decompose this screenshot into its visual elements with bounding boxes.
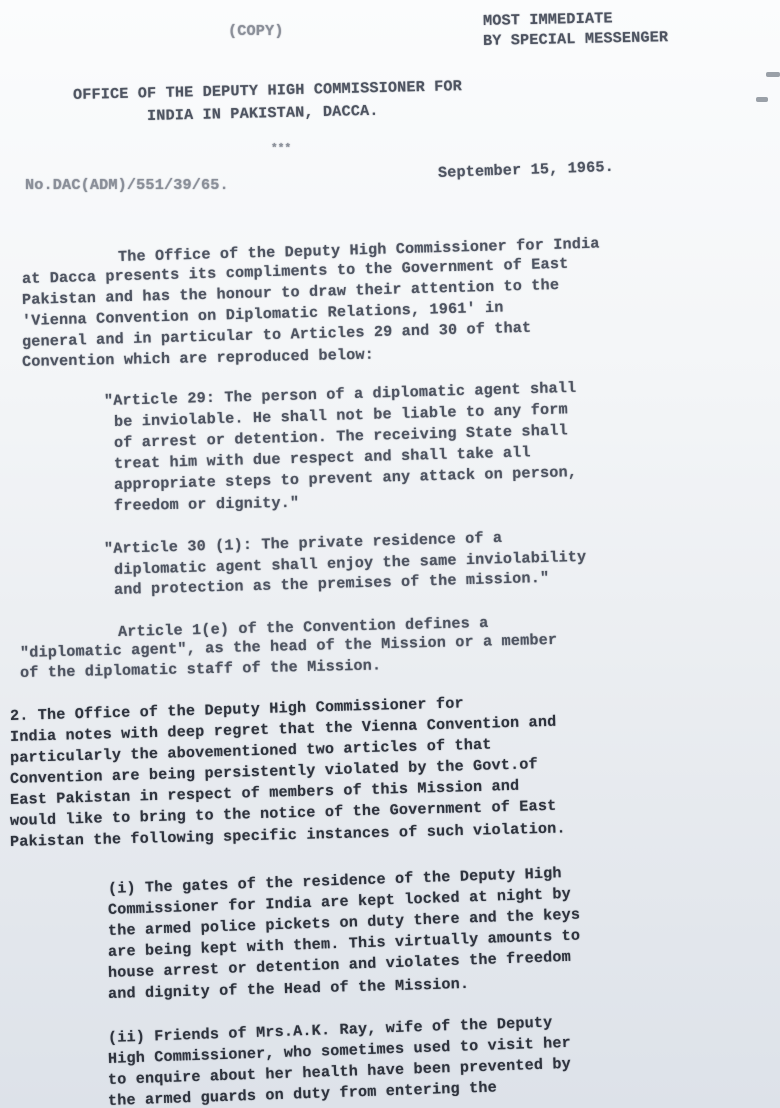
reference-number: No.DAC(ADM)/551/39/65. — [25, 176, 229, 195]
priority-line-2: BY SPECIAL MESSENGER — [483, 28, 669, 51]
priority-line-1: MOST IMMEDIATE — [483, 9, 613, 31]
letter-date: September 15, 1965. — [438, 158, 615, 183]
office-title-line-1: OFFICE OF THE DEPUTY HIGH COMMISSIONER F… — [73, 77, 462, 105]
copy-label: (COPY) — [228, 22, 284, 41]
edge-mark — [766, 72, 780, 77]
typewritten-letter: (COPY) MOST IMMEDIATE BY SPECIAL MESSENG… — [0, 0, 780, 1108]
edge-mark — [756, 97, 768, 102]
office-title-line-2: INDIA IN PAKISTAN, DACCA. — [147, 102, 379, 126]
separator: *** — [271, 140, 291, 159]
